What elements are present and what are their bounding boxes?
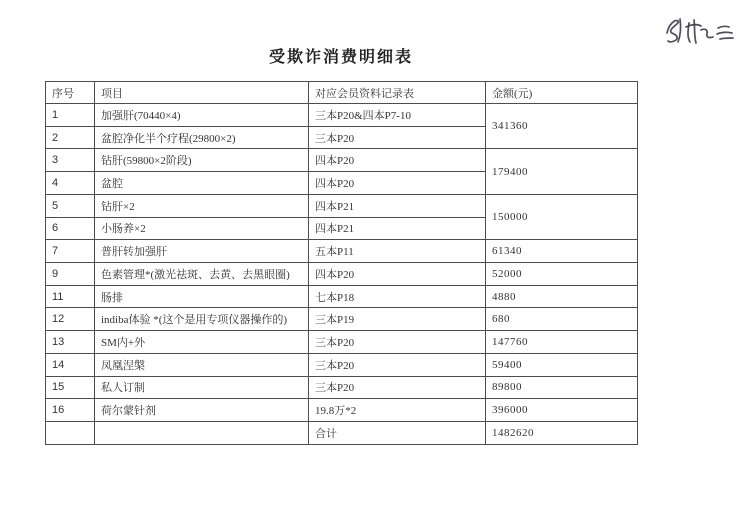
- cell-item: 盆腔: [95, 172, 309, 195]
- cell-item: indiba体验 *(这个是用专项仪器操作的): [95, 308, 309, 331]
- cell-amount: 396000: [486, 399, 638, 422]
- cell-item: 钻肝(59800×2阶段): [95, 149, 309, 172]
- cell-item: 普肝转加强肝: [95, 240, 309, 263]
- cell-no: 11: [46, 285, 95, 308]
- cell-no: 3: [46, 149, 95, 172]
- cell-item: 凤凰涅槃: [95, 353, 309, 376]
- column-header-record: 对应会员资料记录表: [309, 82, 486, 104]
- cell-item: SM内+外: [95, 331, 309, 354]
- cell-record: 四本P21: [309, 194, 486, 217]
- cell-record: 三本P20: [309, 331, 486, 354]
- cell-item: 钻肝×2: [95, 194, 309, 217]
- cell-no: 2: [46, 126, 95, 149]
- cell-no: 12: [46, 308, 95, 331]
- cell-no: 1: [46, 104, 95, 127]
- cell-item: [95, 422, 309, 445]
- table-row: 5 钻肝×2 四本P21 150000: [46, 194, 638, 217]
- cell-record: 四本P20: [309, 149, 486, 172]
- cell-item: 加强肝(70440×4): [95, 104, 309, 127]
- table-row: 16 荷尔蒙针剂 19.8万*2 396000: [46, 399, 638, 422]
- cell-amount: 341360: [486, 104, 638, 149]
- cell-record: 四本P21: [309, 217, 486, 240]
- cell-record: 三本P20: [309, 376, 486, 399]
- cell-amount: 150000: [486, 194, 638, 239]
- expense-table: 序号 项目 对应会员资料记录表 金额(元) 1 加强肝(70440×4) 三本P…: [45, 81, 638, 445]
- cell-item: 肠排: [95, 285, 309, 308]
- cell-record: 五本P11: [309, 240, 486, 263]
- table-row: 9 色素管理*(激光祛斑、去黄、去黑眼圈) 四本P20 52000: [46, 263, 638, 286]
- cell-no: 14: [46, 353, 95, 376]
- cell-amount: 61340: [486, 240, 638, 263]
- cell-record: 三本P20&四本P7-10: [309, 104, 486, 127]
- cell-item: 私人订制: [95, 376, 309, 399]
- total-label: 合计: [309, 422, 486, 445]
- cell-no: [46, 422, 95, 445]
- table-row: 14 凤凰涅槃 三本P20 59400: [46, 353, 638, 376]
- cell-amount: 89800: [486, 376, 638, 399]
- cell-no: 13: [46, 331, 95, 354]
- scanned-document-page: 受欺诈消费明细表 序号 项目 对应会员资料记录表 金额(元) 1 加强肝(704…: [0, 0, 750, 526]
- cell-item: 小肠养×2: [95, 217, 309, 240]
- cell-item: 荷尔蒙针剂: [95, 399, 309, 422]
- cell-no: 9: [46, 263, 95, 286]
- column-header-amount: 金额(元): [486, 82, 638, 104]
- cell-record: 19.8万*2: [309, 399, 486, 422]
- cell-no: 16: [46, 399, 95, 422]
- table-row: 7 普肝转加强肝 五本P11 61340: [46, 240, 638, 263]
- cell-record: 三本P19: [309, 308, 486, 331]
- cell-item: 盆腔净化半个疗程(29800×2): [95, 126, 309, 149]
- cell-amount: 147760: [486, 331, 638, 354]
- cell-no: 7: [46, 240, 95, 263]
- cell-no: 5: [46, 194, 95, 217]
- table-row: 3 钻肝(59800×2阶段) 四本P20 179400: [46, 149, 638, 172]
- cell-record: 七本P18: [309, 285, 486, 308]
- table-row: 13 SM内+外 三本P20 147760: [46, 331, 638, 354]
- handwritten-annotation: [660, 9, 740, 51]
- cell-amount: 59400: [486, 353, 638, 376]
- table-row: 12 indiba体验 *(这个是用专项仪器操作的) 三本P19 680: [46, 308, 638, 331]
- table-total-row: 合计 1482620: [46, 422, 638, 445]
- cell-amount: 680: [486, 308, 638, 331]
- table-row: 1 加强肝(70440×4) 三本P20&四本P7-10 341360: [46, 104, 638, 127]
- cell-no: 15: [46, 376, 95, 399]
- total-amount: 1482620: [486, 422, 638, 445]
- cell-record: 三本P20: [309, 126, 486, 149]
- cell-record: 三本P20: [309, 353, 486, 376]
- cell-no: 4: [46, 172, 95, 195]
- cell-record: 四本P20: [309, 263, 486, 286]
- page-title: 受欺诈消费明细表: [45, 44, 637, 67]
- table-row: 15 私人订制 三本P20 89800: [46, 376, 638, 399]
- cell-amount: 179400: [486, 149, 638, 194]
- table-header-row: 序号 项目 对应会员资料记录表 金额(元): [46, 82, 638, 104]
- table-row: 11 肠排 七本P18 4880: [46, 285, 638, 308]
- cell-no: 6: [46, 217, 95, 240]
- column-header-item: 项目: [95, 82, 309, 104]
- cell-record: 四本P20: [309, 172, 486, 195]
- cell-item: 色素管理*(激光祛斑、去黄、去黑眼圈): [95, 263, 309, 286]
- column-header-no: 序号: [46, 82, 95, 104]
- cell-amount: 52000: [486, 263, 638, 286]
- cell-amount: 4880: [486, 285, 638, 308]
